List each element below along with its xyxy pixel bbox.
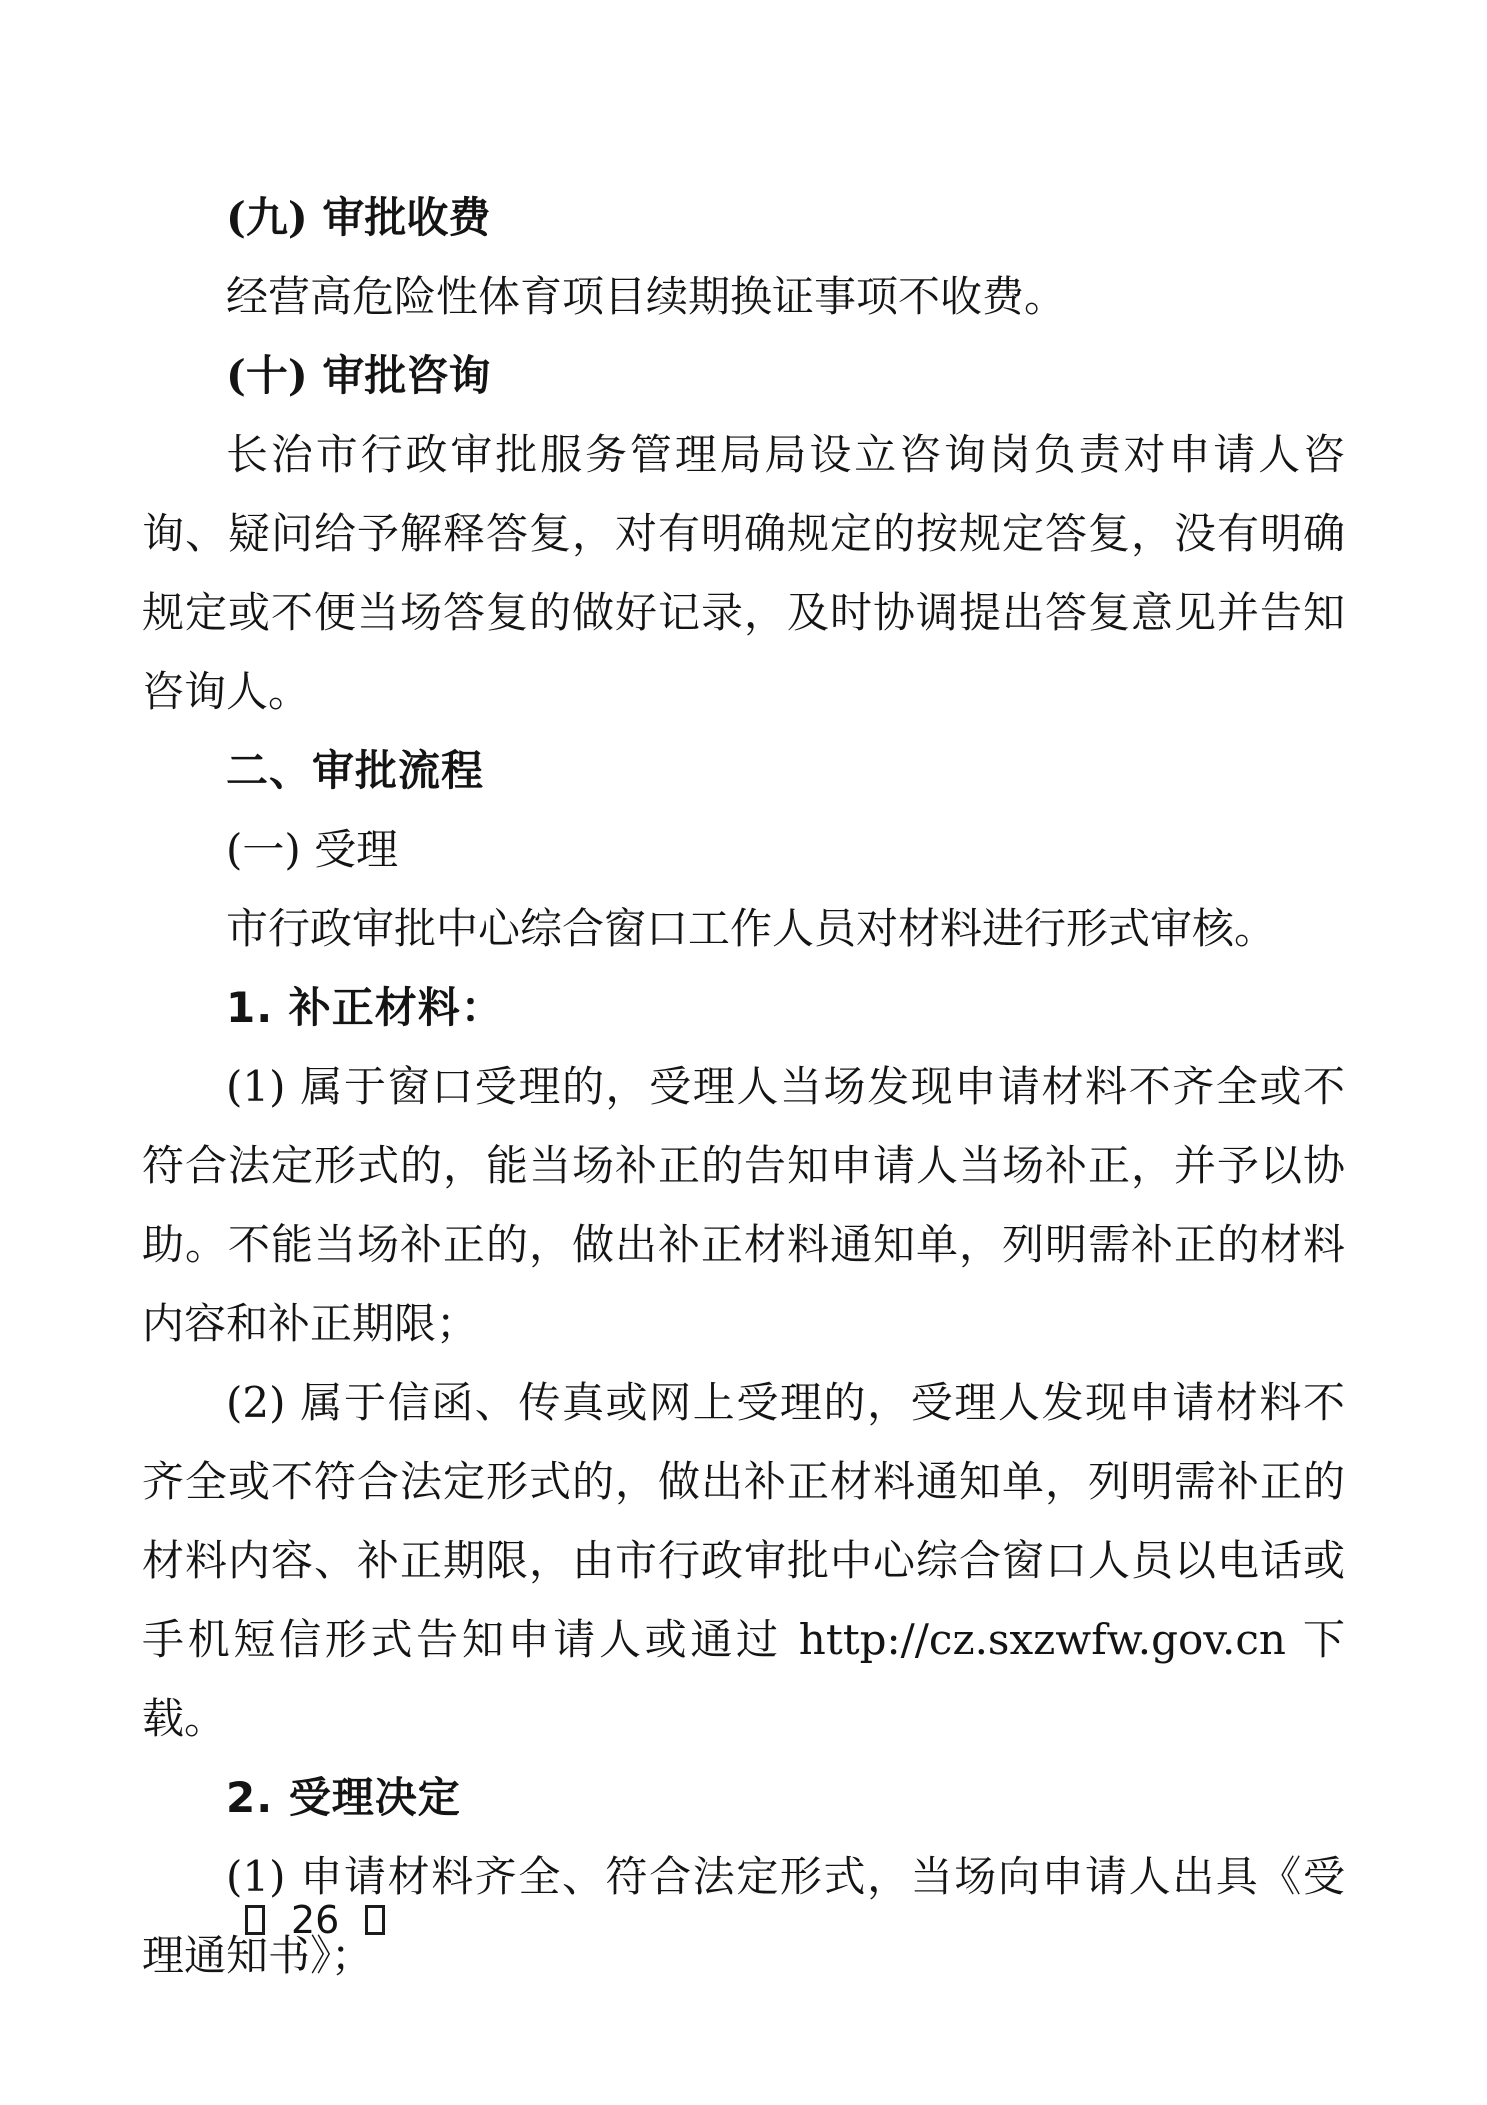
heading-item-1-supplementary-materials: 1. 补正材料： (142, 968, 1345, 1047)
heading-chapter-2-approval-process: 二、审批流程 (142, 731, 1345, 810)
para-consultation-details: 长治市行政审批服务管理局局设立咨询岗负责对申请人咨询、疑问给予解释答复，对有明确… (142, 415, 1345, 731)
para-point-1-window-acceptance: (1) 属于窗口受理的，受理人当场发现申请材料不齐全或不符合法定形式的，能当场补… (142, 1047, 1345, 1363)
heading-section-9-approval-fees: (九) 审批收费 (142, 178, 1345, 257)
page-number: 26 (291, 1898, 339, 1942)
document-body: (九) 审批收费 经营高危险性体育项目续期换证事项不收费。 (十) 审批咨询 长… (142, 178, 1345, 1995)
para-fee-statement: 经营高危险性体育项目续期换证事项不收费。 (142, 257, 1345, 336)
page-footer: 26 (245, 1898, 385, 1942)
missing-glyph-box-icon (365, 1905, 385, 1935)
heading-item-2-acceptance-decision: 2. 受理决定 (142, 1758, 1345, 1837)
para-window-staff-review: 市行政审批中心综合窗口工作人员对材料进行形式审核。 (142, 889, 1345, 968)
document-page: (九) 审批收费 经营高危险性体育项目续期换证事项不收费。 (十) 审批咨询 长… (0, 0, 1487, 2105)
para-point-2-mail-fax-online-acceptance: (2) 属于信函、传真或网上受理的，受理人发现申请材料不齐全或不符合法定形式的，… (142, 1363, 1345, 1758)
heading-subsection-1-acceptance: (一) 受理 (142, 810, 1345, 889)
heading-section-10-approval-consultation: (十) 审批咨询 (142, 336, 1345, 415)
missing-glyph-box-icon (245, 1905, 265, 1935)
